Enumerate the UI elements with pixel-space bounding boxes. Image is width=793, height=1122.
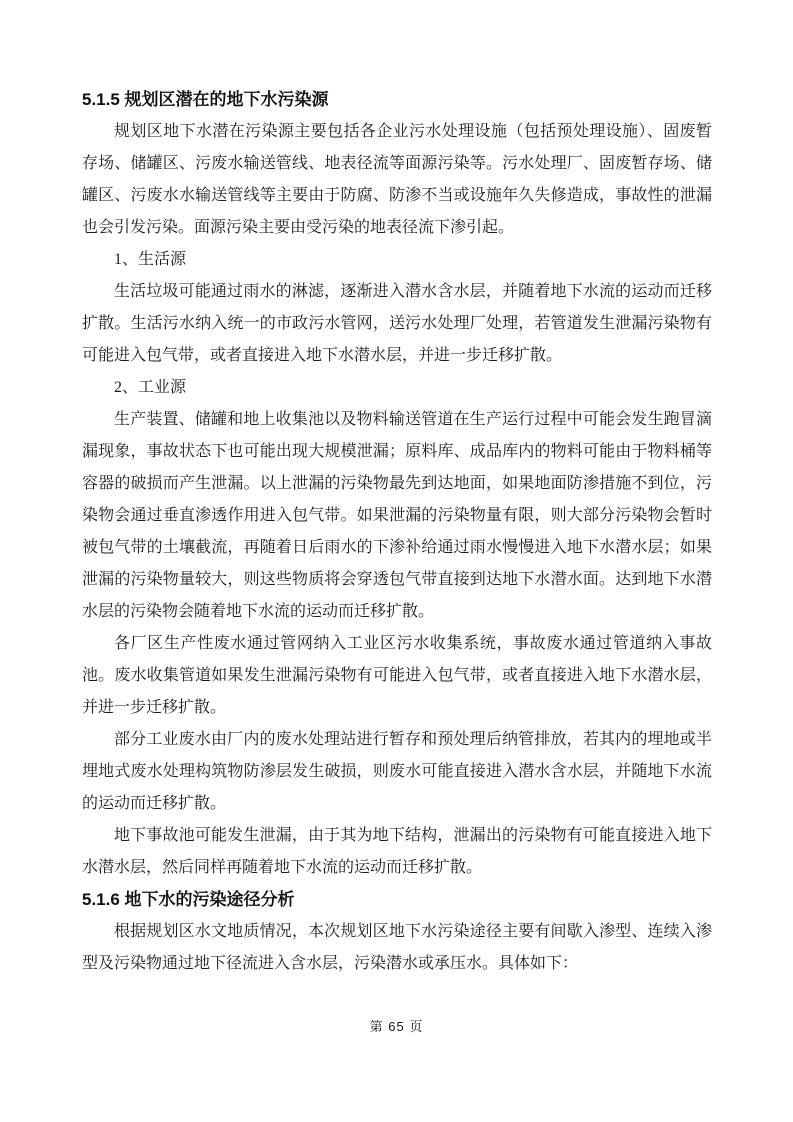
list-item-heading-domestic-source: 1、生活源 (82, 244, 712, 276)
document-page: 5.1.5 规划区潜在的地下水污染源 规划区地下水潜在污染源主要包括各企业污水处… (0, 0, 793, 1122)
paragraph-wastewater-collection-system: 各厂区生产性废水通过管网纳入工业区污水收集系统，事故废水通过管道纳入事故池。废水… (82, 628, 712, 724)
paragraph-industrial-source-leakage-detail: 生产装置、储罐和地上收集池以及物料输送管道在生产运行过程中可能会发生跑冒滴漏现象… (82, 404, 712, 628)
section-heading-5-1-6: 5.1.6 地下水的污染途径分析 (82, 884, 712, 916)
page-number: 第 65 页 (370, 1019, 424, 1034)
list-item-heading-industrial-source: 2、工业源 (82, 372, 712, 404)
page-footer: 第 65 页 (0, 1016, 793, 1036)
paragraph-pollution-pathway-analysis: 根据规划区水文地质情况，本次规划区地下水污染途径主要有间歇入渗型、连续入渗型及污… (82, 916, 712, 980)
section-heading-5-1-5: 5.1.5 规划区潜在的地下水污染源 (82, 84, 712, 116)
paragraph-groundwater-pollution-sources-overview: 规划区地下水潜在污染源主要包括各企业污水处理设施（包括预处理设施）、固废暂存场、… (82, 116, 712, 244)
paragraph-underground-accident-pool: 地下事故池可能发生泄漏，由于其为地下结构，泄漏出的污染物有可能直接进入地下水潜水… (82, 820, 712, 884)
paragraph-domestic-source-detail: 生活垃圾可能通过雨水的淋滤，逐渐进入潜水含水层，并随着地下水流的运动而迁移扩散。… (82, 276, 712, 372)
paragraph-wastewater-treatment-station: 部分工业废水由厂内的废水处理站进行暂存和预处理后纳管排放，若其内的埋地或半埋地式… (82, 724, 712, 820)
document-content: 5.1.5 规划区潜在的地下水污染源 规划区地下水潜在污染源主要包括各企业污水处… (82, 84, 712, 980)
